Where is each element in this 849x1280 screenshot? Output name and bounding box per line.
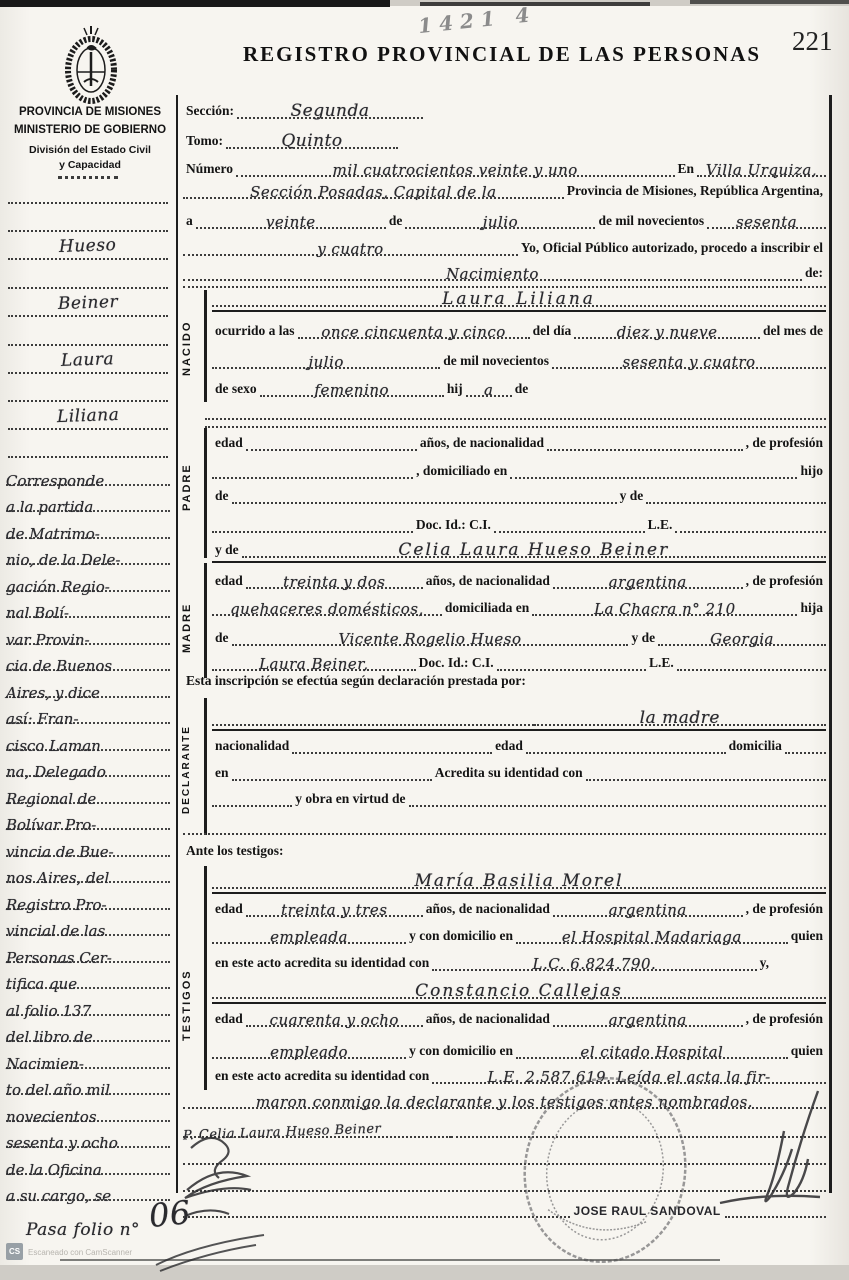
section-label-declarante: DECLARANTE xyxy=(181,708,192,832)
row-testigo1-doc: en este acto acredita su identidad con L… xyxy=(212,949,826,971)
double-rule xyxy=(212,561,826,563)
margin-note-line: de la Oficina xyxy=(6,1152,170,1175)
row-madre-nombre: y de Celia Laura Hueso Beiner xyxy=(212,536,826,558)
round-stamp xyxy=(510,1068,700,1273)
page-number: 221 xyxy=(792,26,833,57)
row-fecha: a veinte de julio de mil novecientos ses… xyxy=(183,207,826,229)
row-padre-abuelos: de y de xyxy=(212,482,826,504)
dotted-line xyxy=(205,418,826,420)
row-madre-abuelos: de Vicente Rogelio Hueso y de Georgia xyxy=(212,624,826,646)
sidebar-org-line1: PROVINCIA DE MISIONES xyxy=(8,106,172,118)
sidebar-underline xyxy=(58,176,118,179)
dotted-line xyxy=(183,833,826,835)
row-anio2: y cuatro Yo, Oficial Público autorizado,… xyxy=(183,234,826,256)
margin-name: Liliana xyxy=(8,408,168,430)
section-label-nacido: NACIDO xyxy=(181,300,193,396)
margin-note-line: cia de Buenos xyxy=(6,648,170,671)
row-madre-edad: edad treinta y dos años, de nacionalidad… xyxy=(212,567,826,589)
scan-artifact xyxy=(690,0,849,4)
margin-note-line: na, Delegado xyxy=(6,754,170,777)
camscanner-badge: CS xyxy=(6,1243,23,1260)
sidebar-org-line3: División del Estado Civil xyxy=(8,144,172,156)
margin-note-line: Registro Pro- xyxy=(6,887,170,910)
signature-scrawl-left xyxy=(183,1120,333,1240)
page-title: REGISTRO PROVINCIAL DE LAS PERSONAS xyxy=(243,42,761,67)
row-numero: Número mil cuatrocientos veinte y uno En… xyxy=(183,155,826,177)
row-declarante-quien: la madre xyxy=(212,704,826,726)
row-declarante-datos: nacionalidad edad domicilia xyxy=(212,732,826,754)
margin-note-line: Bolívar Pro- xyxy=(6,807,170,830)
signature-scrawl-right xyxy=(700,1085,840,1220)
margin-note-line: nal Bolí- xyxy=(6,595,170,618)
margin-line xyxy=(8,202,168,204)
margin-note-line: Regional de xyxy=(6,781,170,804)
margin-line xyxy=(8,230,168,232)
margin-line xyxy=(8,456,168,458)
margin-note-line: Nacimien- xyxy=(6,1046,170,1069)
section-bar xyxy=(204,428,207,558)
row-testigo2-domicilio: empleado y con domicilio en el citado Ho… xyxy=(212,1037,826,1059)
margin-note-line: var Provin- xyxy=(6,622,170,645)
margin-note-line: vincial de las xyxy=(6,913,170,936)
row-testigo2-nombre: Constancio Callejas xyxy=(212,977,826,999)
section-bar xyxy=(204,698,207,835)
row-testigo1-nombre: María Basilia Morel xyxy=(212,867,826,889)
row-seccion: Sección: Segunda xyxy=(183,97,423,119)
section-label-padre: PADRE xyxy=(181,444,193,530)
testigos-intro: Ante los testigos: xyxy=(183,844,287,859)
margin-note-line: cisco Laman xyxy=(6,728,170,751)
row-testigo1-domicilio: empleada y con domicilio en el Hospital … xyxy=(212,922,826,944)
scan-artifact xyxy=(0,0,390,7)
margin-note-line: gación Regio- xyxy=(6,569,170,592)
row-nacido-sexo: de sexo femenino hij a de xyxy=(212,375,826,397)
form-right-border xyxy=(829,95,832,1193)
margin-note-line: to del año mil xyxy=(6,1072,170,1095)
section-bar xyxy=(204,866,207,1090)
margin-note-line: a la partida xyxy=(6,489,170,512)
margin-note-line: Corresponde xyxy=(6,463,170,486)
row-padre-edad: edad años, de nacionalidad , de profesió… xyxy=(212,429,826,451)
row-madre-domicilio: quehaceres domésticos, domiciliada en La… xyxy=(212,594,826,616)
row-nacido-hora: ocurrido a las once cincuenta y cinco de… xyxy=(212,317,826,339)
row-madre-doc: Laura Beiner, Doc. Id.: C.I. L.E. xyxy=(212,649,826,671)
margin-note-line: Personas Cer- xyxy=(6,940,170,963)
pasa-folio-note: Pasa folio n° xyxy=(18,1222,148,1244)
sidebar-org-line4: y Capacidad xyxy=(8,159,172,171)
form-left-border xyxy=(176,95,178,1193)
row-testigo1-edad: edad treinta y tres años, de nacionalida… xyxy=(212,895,826,917)
scanned-document: 1421 4 REGISTRO PROVINCIAL DE LAS PERSON… xyxy=(0,0,849,1280)
margin-note-line: sesenta y ocho xyxy=(6,1125,170,1148)
row-nacido-mes: julio de mil novecientos sesenta y cuatr… xyxy=(212,347,826,369)
section-label-madre: MADRE xyxy=(181,588,193,668)
flourish-scrawl xyxy=(150,1225,270,1275)
camscanner-text: Escaneado con CamScanner xyxy=(28,1248,132,1257)
margin-note-line: novecientos xyxy=(6,1099,170,1122)
sidebar-org-line2: MINISTERIO DE GOBIERNO xyxy=(8,124,172,136)
margin-note-line: al folio 137 xyxy=(6,993,170,1016)
row-padre-domicilio: , domiciliado en hijo xyxy=(212,457,826,479)
double-rule xyxy=(212,310,826,312)
margin-name: Hueso xyxy=(8,238,168,260)
margin-note-line: del libro de xyxy=(6,1019,170,1042)
row-declarante-identidad: en Acredita su identidad con xyxy=(212,759,826,781)
margin-note-line: nos Aires, del xyxy=(6,860,170,883)
margin-line xyxy=(8,400,168,402)
margin-line xyxy=(8,344,168,346)
section-bar xyxy=(204,290,207,402)
row-acto: Nacimiento de: xyxy=(183,259,826,281)
row-testigo2-edad: edad cuarenta y ocho años, de nacionalid… xyxy=(212,1005,826,1027)
margin-note-line: vincia de Bue- xyxy=(6,834,170,857)
row-padre-doc: Doc. Id.: C.I. L.E. xyxy=(212,511,826,533)
margin-note-line: tifica que xyxy=(6,966,170,989)
row-tomo: Tomo: Quinto xyxy=(183,127,398,149)
row-lugar: Sección Posadas, Capital de la Provincia… xyxy=(183,177,826,199)
margin-note-line: nio, de la Dele- xyxy=(6,542,170,565)
declarante-intro: Esta inscripción se efectúa según declar… xyxy=(183,674,529,689)
margin-name: Laura xyxy=(8,352,168,374)
margin-note-line: Aires, y dice xyxy=(6,675,170,698)
section-bar xyxy=(204,563,207,678)
row-nacido-nombre: Laura Liliana xyxy=(212,285,826,307)
margin-line xyxy=(8,287,168,289)
argentina-coat-of-arms-icon xyxy=(60,24,122,108)
margin-note-line: de Matrimo- xyxy=(6,516,170,539)
row-declarante-virtud: y obra en virtud de xyxy=(212,785,826,807)
section-label-testigos: TESTIGOS xyxy=(181,935,193,1075)
margin-name: Beiner xyxy=(8,295,168,317)
margin-note-line: así: Fran- xyxy=(6,701,170,724)
